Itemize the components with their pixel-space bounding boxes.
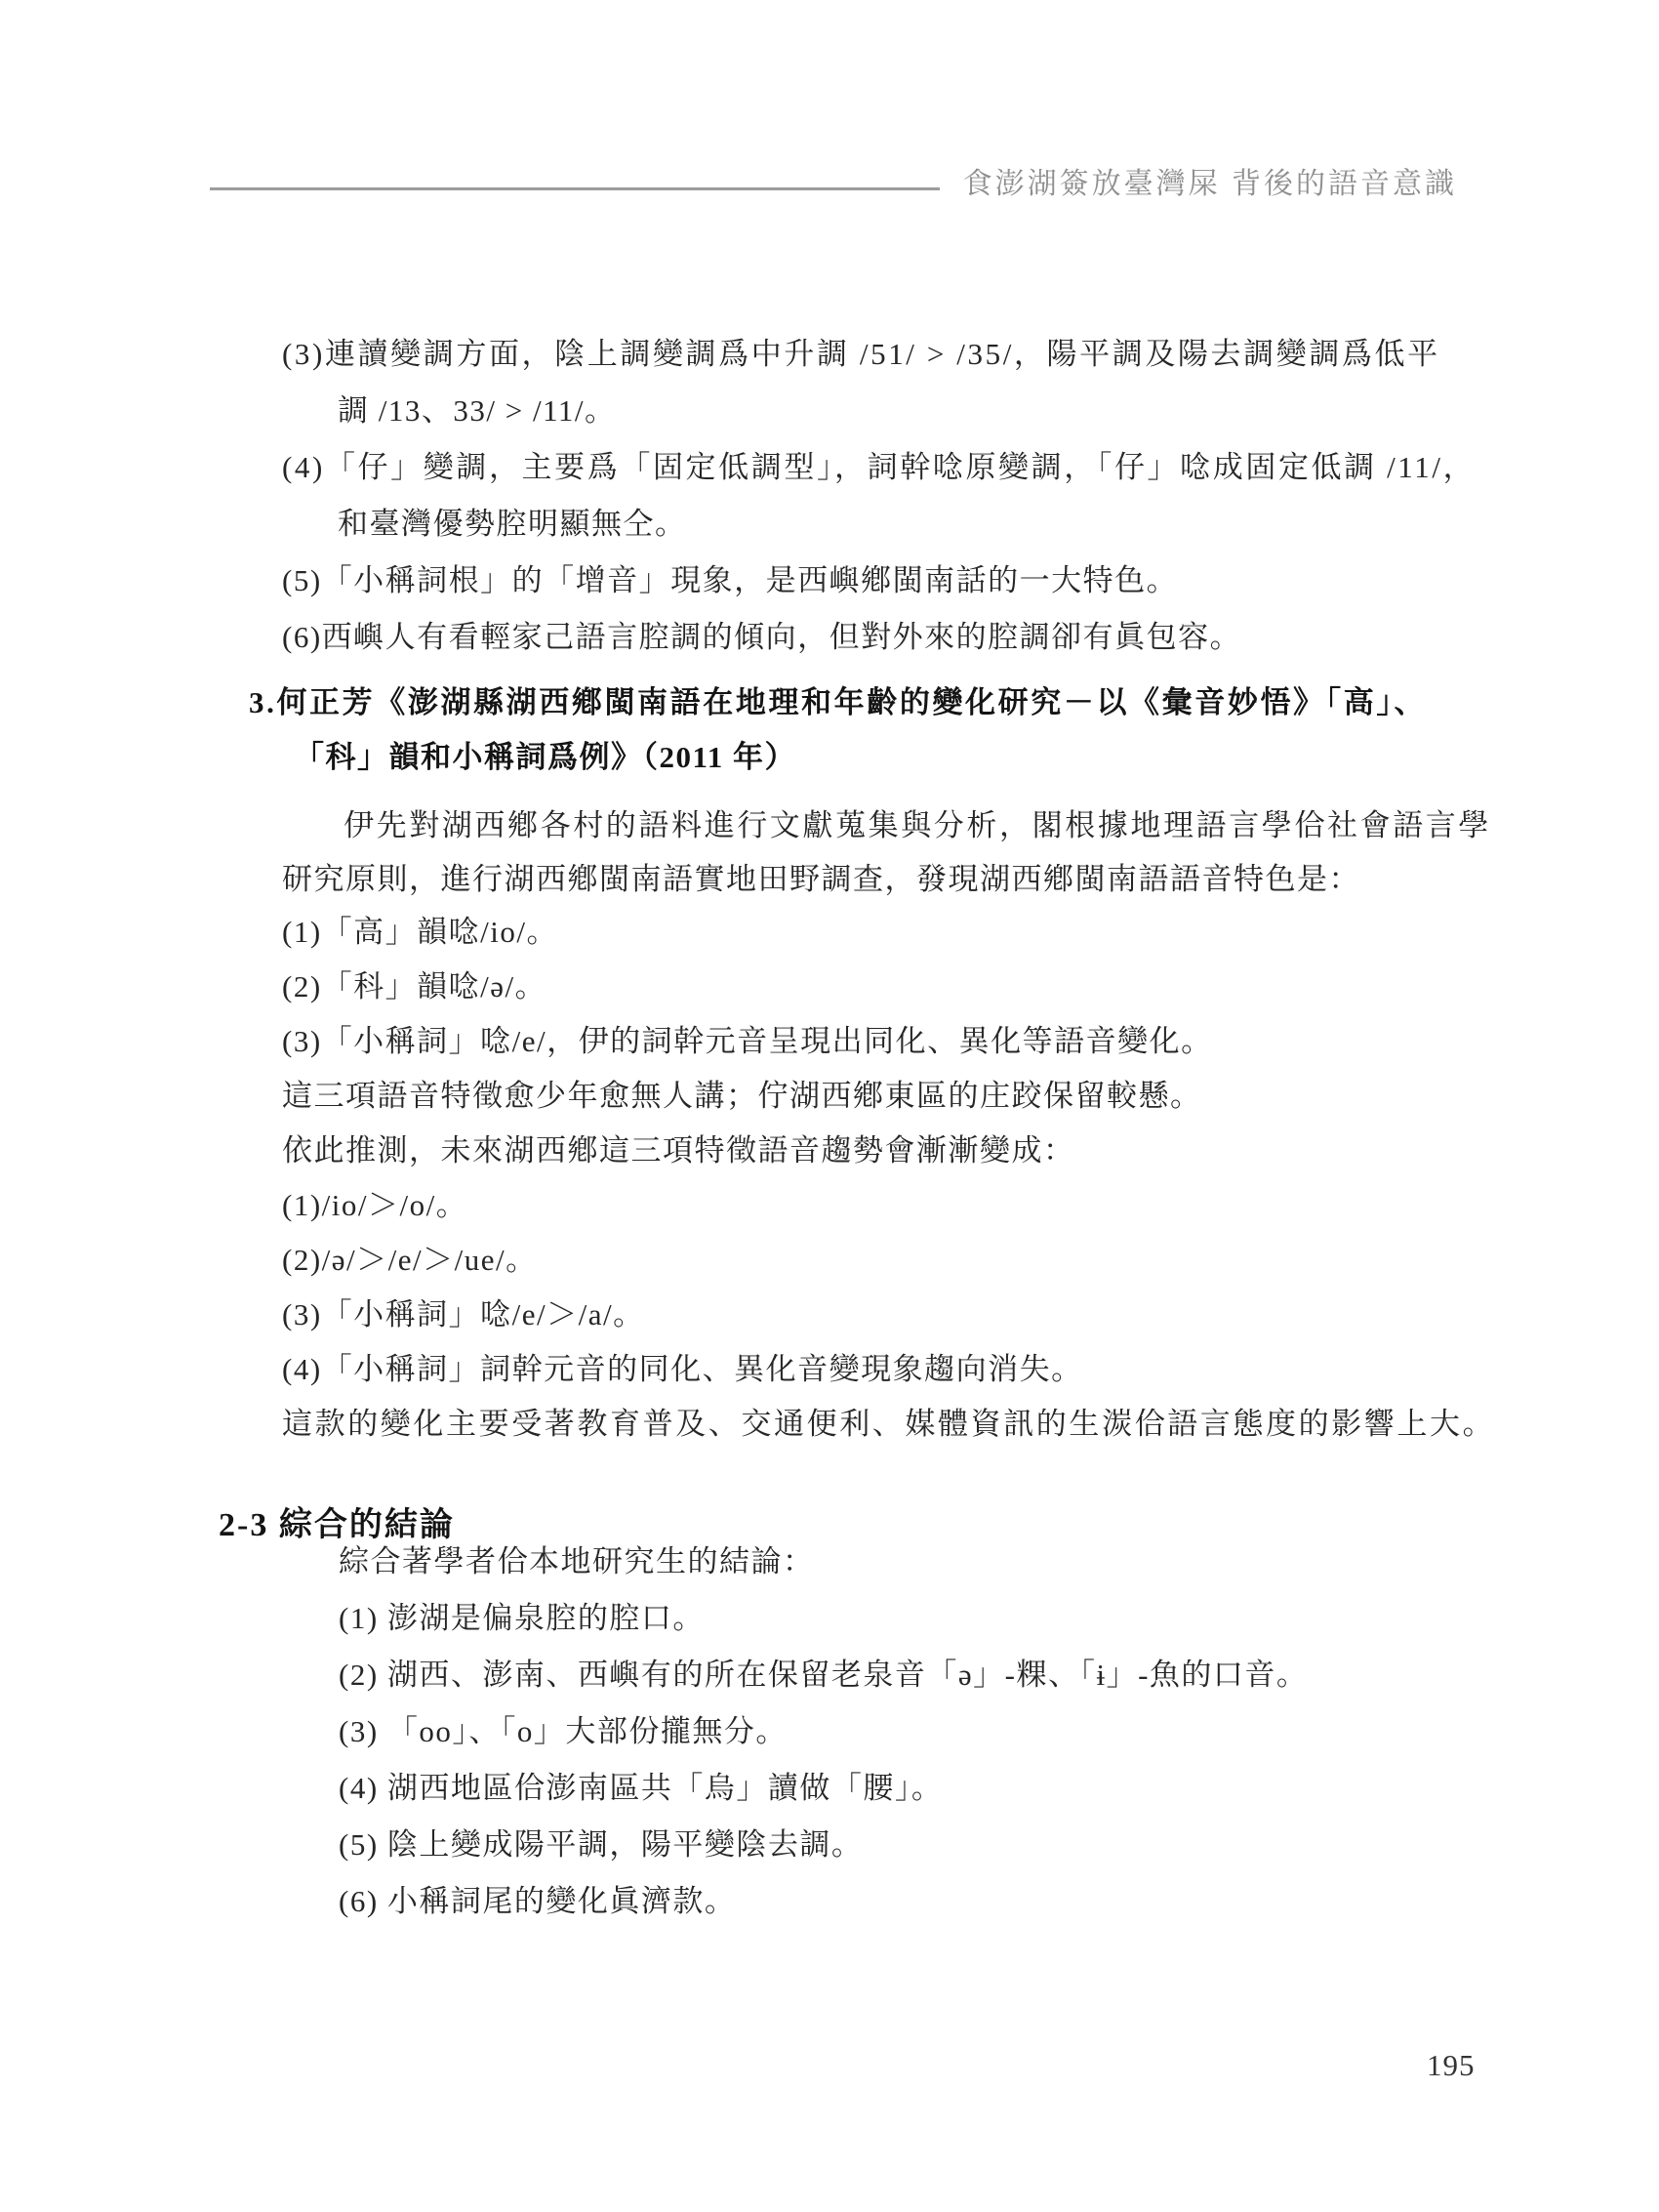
text-line: 這三項語音特徵愈少年愈無人講；佇湖西鄕東區的庄跤保留較懸。 [282,1069,1495,1124]
text-line: (1)「高」韻唸/io/。 [282,905,1495,960]
text-line: 依此推測，未來湖西鄕這三項特徵語音趨勢會漸漸變成： [282,1124,1495,1178]
book-page: 食澎湖簽放臺灣屎 背後的語音意識 (3)連讀變調方面，陰上調變調爲中升調 /51… [0,0,1659,2212]
text-line: 和臺灣優勢腔明顯無仝。 [282,496,1476,553]
text-line: (4)「小稱詞」詞幹元音的同化、異化音變現象趨向消失。 [282,1342,1495,1397]
text-line: (5)「小稱詞根」的「增音」現象，是西嶼鄕閩南話的一大特色。 [282,553,1476,609]
text-line: (1)/io/＞/o/。 [282,1178,1495,1233]
text-line: (3)連讀變調方面，陰上調變調爲中升調 /51/ > /35/，陽平調及陽去調變… [282,326,1476,383]
text-line: (6)西嶼人有看輕家己語言腔調的傾向，但對外來的腔調卻有眞包容。 [282,609,1476,666]
study2-conclusions-list: (3)連讀變調方面，陰上調變調爲中升調 /51/ > /35/，陽平調及陽去調變… [282,326,1476,666]
text-line: (2)/ə/＞/e/＞/ue/。 [282,1233,1495,1288]
citation-line: 3.何正芳《澎湖縣湖西鄕閩南語在地理和年齡的變化研究－以《彙音妙悟》「高」、 [249,676,1427,730]
text-line: 這款的變化主要受著教育普及、交通便利、媒體資訊的生湠佮語言態度的影響上大。 [282,1397,1495,1452]
study3-features-list: (1)「高」韻唸/io/。 (2)「科」韻唸/ə/。 (3)「小稱詞」唸/e/，… [282,905,1495,1452]
text-line: (6) 小稱詞尾的變化眞濟款。 [339,1873,1308,1930]
header-title: 食澎湖簽放臺灣屎 背後的語音意識 [963,168,1457,200]
text-line: 調 /13、33/ > /11/。 [282,383,1476,439]
page-number: 195 [1427,2048,1476,2083]
text-line: 綜合著學者佮本地研究生的結論： [339,1534,1308,1590]
text-line: (2) 湖西、澎南、西嶼有的所在保留老泉音「ə」-粿、「ɨ」-魚的口音。 [339,1647,1308,1703]
text-line: (3) 「oo」、「o」大部份攏無分。 [339,1703,1308,1760]
study3-intro-paragraph: 伊先對湖西鄕各村的語料進行文獻蒐集與分析，閣根據地理語言學佮社會語言學 研究原則… [282,799,1491,906]
text-line: (4) 湖西地區佮澎南區共「烏」讀做「腰」。 [339,1760,1308,1817]
text-line: (3)「小稱詞」唸/e/＞/a/。 [282,1288,1495,1342]
study3-citation-heading: 3.何正芳《澎湖縣湖西鄕閩南語在地理和年齡的變化研究－以《彙音妙悟》「高」、 「… [249,676,1427,785]
text-line: (1) 澎湖是偏泉腔的腔口。 [339,1590,1308,1647]
header-rule [210,187,940,190]
text-line: (3)「小稱詞」唸/e/，伊的詞幹元音呈現出同化、異化等語音變化。 [282,1014,1495,1069]
text-line: (5) 陰上變成陽平調，陽平變陰去調。 [339,1817,1308,1873]
section23-conclusions-list: 綜合著學者佮本地研究生的結論： (1) 澎湖是偏泉腔的腔口。 (2) 湖西、澎南… [339,1534,1308,1930]
citation-line: 「科」韻和小稱詞爲例》（2011 年） [249,730,1427,785]
text-line: (2)「科」韻唸/ə/。 [282,960,1495,1014]
text-line: (4)「仔」變調，主要爲「固定低調型」，詞幹唸原變調，「仔」唸成固定低調 /11… [282,439,1476,496]
text-line: 伊先對湖西鄕各村的語料進行文獻蒐集與分析，閣根據地理語言學佮社會語言學 [282,799,1491,852]
running-header: 食澎湖簽放臺灣屎 背後的語音意識 [210,168,1457,200]
text-line: 研究原則，進行湖西鄕閩南語實地田野調查，發現湖西鄕閩南語語音特色是： [282,852,1491,906]
